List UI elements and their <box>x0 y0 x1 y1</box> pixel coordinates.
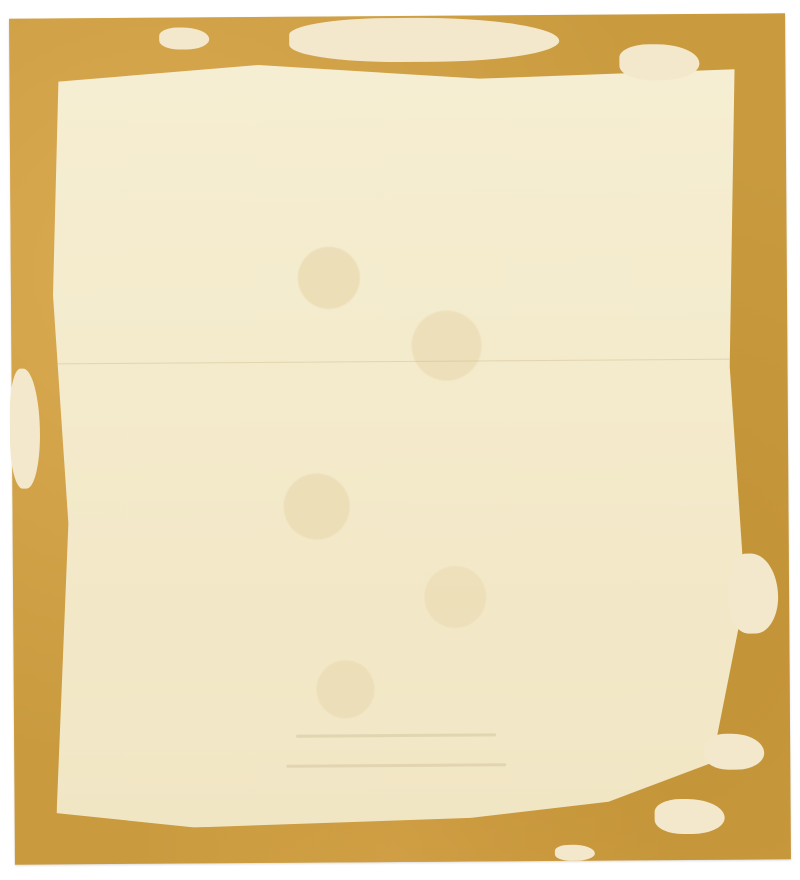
worn-patch <box>704 733 764 769</box>
paper-sheet <box>9 13 791 864</box>
worn-patch <box>289 17 559 63</box>
fold-crease <box>53 359 743 365</box>
worn-patch <box>619 44 699 81</box>
worn-patch <box>655 799 725 834</box>
worn-patch <box>9 369 40 489</box>
worn-patch <box>728 553 779 633</box>
paper-center <box>51 62 746 829</box>
worn-patch <box>159 27 209 49</box>
worn-patch <box>555 845 595 861</box>
faint-mark <box>286 763 506 768</box>
faint-mark <box>296 733 496 737</box>
